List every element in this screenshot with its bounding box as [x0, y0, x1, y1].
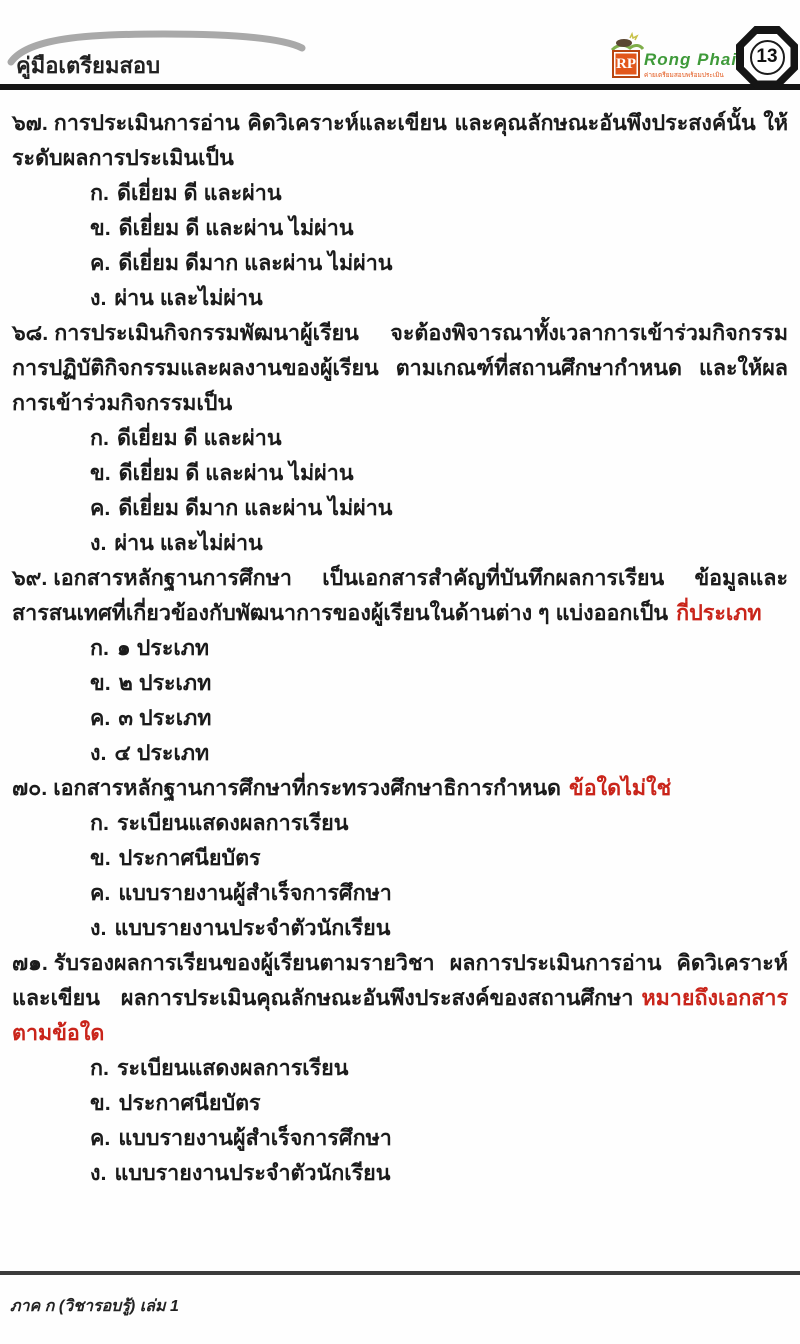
option-text: ดีเยี่ยม ดี และผ่าน ไม่ผ่าน	[119, 216, 354, 240]
question-number: ๖๘.	[12, 321, 48, 345]
page-number-badge-inner: 13	[744, 34, 791, 81]
option-b: ข.ประกาศนียบัตร	[12, 1086, 788, 1121]
option-d: ง.แบบรายงานประจำตัวนักเรียน	[12, 911, 788, 946]
option-letter: ค.	[90, 1126, 110, 1150]
option-a: ก.๑ ประเภท	[12, 631, 788, 666]
option-d: ง.แบบรายงานประจำตัวนักเรียน	[12, 1156, 788, 1191]
option-letter: ก.	[90, 181, 109, 205]
question-highlight: ข้อใดไม่ใช่	[569, 776, 671, 800]
logo-texts: Rong Phai ค่ายเตรียมสอบพร้อมประเมิน	[644, 50, 737, 80]
option-text: ดีเยี่ยม ดี และผ่าน	[117, 181, 282, 205]
option-text: ดีเยี่ยม ดี และผ่าน ไม่ผ่าน	[119, 461, 354, 485]
option-letter: ง.	[90, 741, 106, 765]
option-letter: ง.	[90, 1161, 106, 1185]
option-letter: ก.	[90, 426, 109, 450]
footer-text: ภาค ก (วิชารอบรู้) เล่ม 1	[10, 1294, 179, 1319]
option-letter: ค.	[90, 706, 110, 730]
option-c: ค.ดีเยี่ยม ดีมาก และผ่าน ไม่ผ่าน	[12, 491, 788, 526]
question-body: เอกสารหลักฐานการศึกษา เป็นเอกสารสำคัญที่…	[12, 566, 788, 625]
question-highlight: กี่ประเภท	[676, 601, 761, 625]
option-text: ดีเยี่ยม ดี และผ่าน	[117, 426, 282, 450]
option-text: ระเบียนแสดงผลการเรียน	[117, 1056, 348, 1080]
option-d: ง.ผ่าน และไม่ผ่าน	[12, 281, 788, 316]
question-67: ๖๗.การประเมินการอ่าน คิดวิเคราะห์และเขีย…	[12, 106, 788, 316]
question-text: ๖๘.การประเมินกิจกรรมพัฒนาผู้เรียน จะต้อง…	[12, 316, 788, 421]
question-text: ๗๐.เอกสารหลักฐานการศึกษาที่กระทรวงศึกษาธ…	[12, 771, 788, 806]
option-b: ข.ดีเยี่ยม ดี และผ่าน ไม่ผ่าน	[12, 456, 788, 491]
questions-area: ๖๗.การประเมินการอ่าน คิดวิเคราะห์และเขีย…	[0, 96, 800, 1191]
publisher-logo: RP Rong Phai ค่ายเตรียมสอบพร้อมประเมิน	[612, 36, 732, 88]
option-a: ก.ระเบียนแสดงผลการเรียน	[12, 806, 788, 841]
logo-row: RP Rong Phai ค่ายเตรียมสอบพร้อมประเมิน	[612, 50, 737, 80]
option-a: ก.ระเบียนแสดงผลการเรียน	[12, 1051, 788, 1086]
header-rule	[0, 84, 800, 90]
option-c: ค.ดีเยี่ยม ดีมาก และผ่าน ไม่ผ่าน	[12, 246, 788, 281]
option-a: ก.ดีเยี่ยม ดี และผ่าน	[12, 421, 788, 456]
document-page: คู่มือเตรียมสอบ RP Rong Phai ค่ายเตรียมส…	[0, 0, 800, 1344]
option-b: ข.๒ ประเภท	[12, 666, 788, 701]
option-text: แบบรายงานประจำตัวนักเรียน	[114, 1161, 390, 1185]
option-text: ผ่าน และไม่ผ่าน	[114, 531, 262, 555]
question-68: ๖๘.การประเมินกิจกรรมพัฒนาผู้เรียน จะต้อง…	[12, 316, 788, 561]
option-letter: ค.	[90, 496, 110, 520]
page-header: คู่มือเตรียมสอบ RP Rong Phai ค่ายเตรียมส…	[0, 0, 800, 100]
option-d: ง.ผ่าน และไม่ผ่าน	[12, 526, 788, 561]
logo-name: Rong Phai	[644, 50, 737, 70]
option-text: ดีเยี่ยม ดีมาก และผ่าน ไม่ผ่าน	[118, 251, 392, 275]
question-body: การประเมินการอ่าน คิดวิเคราะห์และเขียน แ…	[12, 111, 788, 170]
question-70: ๗๐.เอกสารหลักฐานการศึกษาที่กระทรวงศึกษาธ…	[12, 771, 788, 946]
option-c: ค.๓ ประเภท	[12, 701, 788, 736]
question-number: ๗๐.	[12, 776, 47, 800]
page-title: คู่มือเตรียมสอบ	[16, 48, 160, 83]
option-text: ๔ ประเภท	[114, 741, 209, 765]
option-letter: ค.	[90, 881, 110, 905]
question-body: เอกสารหลักฐานการศึกษาที่กระทรวงศึกษาธิกา…	[53, 776, 561, 800]
question-71: ๗๑.รับรองผลการเรียนของผู้เรียนตามรายวิชา…	[12, 946, 788, 1191]
option-letter: ก.	[90, 1056, 109, 1080]
option-c: ค.แบบรายงานผู้สำเร็จการศึกษา	[12, 876, 788, 911]
logo-monogram: RP	[612, 50, 640, 78]
option-letter: ค.	[90, 251, 110, 275]
option-letter: ข.	[90, 216, 111, 240]
question-text: ๖๙.เอกสารหลักฐานการศึกษา เป็นเอกสารสำคัญ…	[12, 561, 788, 631]
option-text: แบบรายงานผู้สำเร็จการศึกษา	[118, 881, 391, 905]
option-letter: ง.	[90, 916, 106, 940]
option-text: ประกาศนียบัตร	[119, 1091, 261, 1115]
mascot-icon	[610, 32, 644, 52]
question-number: ๗๑.	[12, 951, 48, 975]
option-text: ดีเยี่ยม ดีมาก และผ่าน ไม่ผ่าน	[118, 496, 392, 520]
option-a: ก.ดีเยี่ยม ดี และผ่าน	[12, 176, 788, 211]
option-text: แบบรายงานผู้สำเร็จการศึกษา	[118, 1126, 391, 1150]
option-text: ระเบียนแสดงผลการเรียน	[117, 811, 348, 835]
option-text: แบบรายงานประจำตัวนักเรียน	[114, 916, 390, 940]
option-letter: ข.	[90, 461, 111, 485]
option-b: ข.ดีเยี่ยม ดี และผ่าน ไม่ผ่าน	[12, 211, 788, 246]
question-number: ๖๙.	[12, 566, 47, 590]
option-text: ผ่าน และไม่ผ่าน	[114, 286, 262, 310]
option-letter: ก.	[90, 636, 109, 660]
option-text: ประกาศนียบัตร	[119, 846, 261, 870]
question-number: ๖๗.	[12, 111, 48, 135]
footer-rule	[0, 1271, 800, 1275]
option-text: ๓ ประเภท	[118, 706, 211, 730]
logo-tagline: ค่ายเตรียมสอบพร้อมประเมิน	[644, 70, 737, 80]
option-letter: ข.	[90, 846, 111, 870]
option-b: ข.ประกาศนียบัตร	[12, 841, 788, 876]
option-letter: ง.	[90, 531, 106, 555]
option-letter: ข.	[90, 1091, 111, 1115]
question-69: ๖๙.เอกสารหลักฐานการศึกษา เป็นเอกสารสำคัญ…	[12, 561, 788, 771]
option-letter: ง.	[90, 286, 106, 310]
question-text: ๖๗.การประเมินการอ่าน คิดวิเคราะห์และเขีย…	[12, 106, 788, 176]
page-number-badge: 13	[736, 26, 798, 88]
option-letter: ข.	[90, 671, 111, 695]
option-c: ค.แบบรายงานผู้สำเร็จการศึกษา	[12, 1121, 788, 1156]
option-text: ๑ ประเภท	[117, 636, 209, 660]
option-letter: ก.	[90, 811, 109, 835]
option-text: ๒ ประเภท	[119, 671, 212, 695]
option-d: ง.๔ ประเภท	[12, 736, 788, 771]
page-number: 13	[750, 40, 785, 75]
question-body: การประเมินกิจกรรมพัฒนาผู้เรียน จะต้องพิจ…	[12, 321, 788, 415]
question-text: ๗๑.รับรองผลการเรียนของผู้เรียนตามรายวิชา…	[12, 946, 788, 1051]
